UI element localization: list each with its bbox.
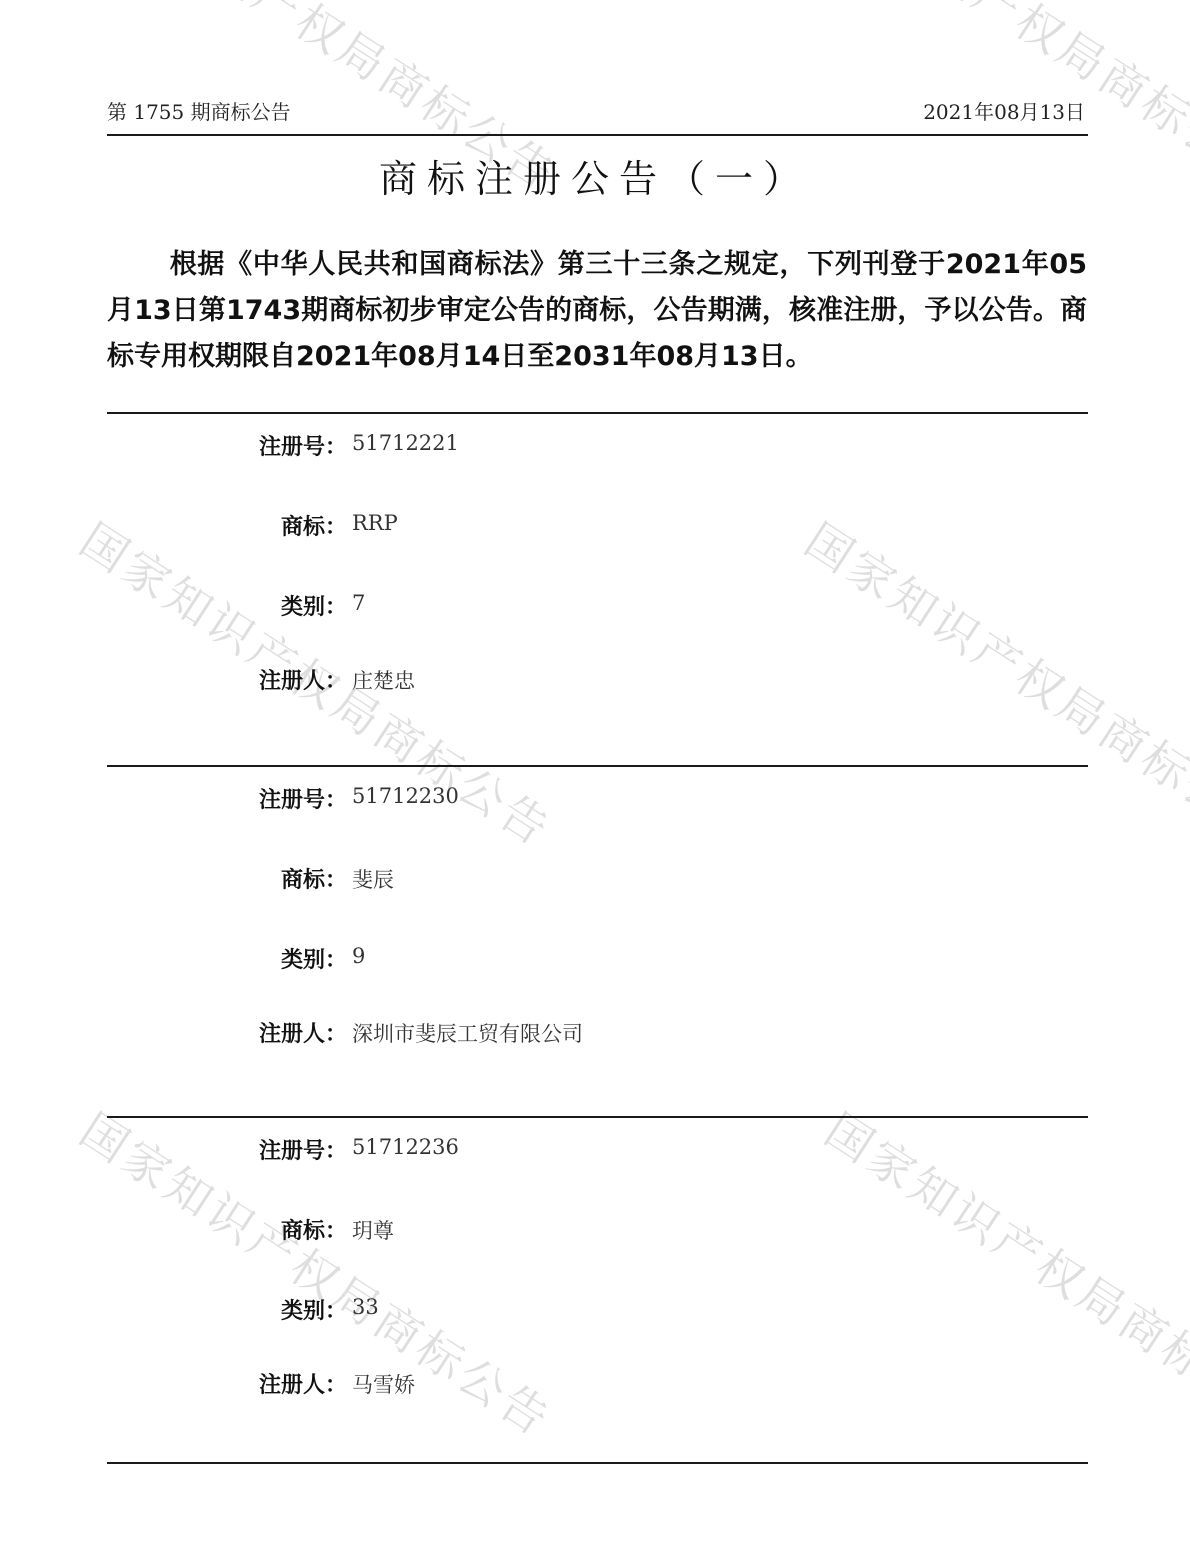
reg-no-label: 注册号： xyxy=(259,430,347,461)
mark-field: 商标： 斐辰 xyxy=(107,863,1007,895)
registrant-field: 注册人： 马雪娇 xyxy=(107,1368,1007,1400)
header-divider xyxy=(107,134,1088,136)
page-title: 商标注册公告（一） xyxy=(0,148,1190,203)
registrant-value: 马雪娇 xyxy=(352,1369,415,1399)
section-divider xyxy=(107,765,1088,767)
class-value: 33 xyxy=(352,1295,379,1319)
class-field: 类别： 33 xyxy=(107,1294,1007,1326)
mark-field: 商标： RRP xyxy=(107,510,1007,542)
reg-no-value: 51712230 xyxy=(352,784,459,808)
registrant-value: 深圳市斐辰工贸有限公司 xyxy=(352,1018,583,1048)
page-header: 第 1755 期商标公告 2021年08月13日 xyxy=(107,96,1085,126)
class-value: 7 xyxy=(352,591,365,615)
reg-no-label: 注册号： xyxy=(259,1134,347,1165)
registrant-label: 注册人： xyxy=(259,664,347,695)
registrant-field: 注册人： 庄楚忠 xyxy=(107,664,1007,696)
registrant-field: 注册人： 深圳市斐辰工贸有限公司 xyxy=(107,1017,1007,1049)
intro-text: 根据《中华人民共和国商标法》第三十三条之规定，下列刊登于2021年05月13日第… xyxy=(107,249,1087,372)
registrant-label: 注册人： xyxy=(259,1017,347,1048)
reg-no-field: 注册号： 51712236 xyxy=(107,1134,1007,1166)
registrant-value: 庄楚忠 xyxy=(352,665,415,695)
section-divider xyxy=(107,1116,1088,1118)
class-value: 9 xyxy=(352,944,365,968)
reg-no-field: 注册号： 51712230 xyxy=(107,783,1007,815)
mark-label: 商标： xyxy=(281,863,347,894)
class-field: 类别： 7 xyxy=(107,590,1007,622)
reg-no-value: 51712236 xyxy=(352,1135,459,1159)
mark-label: 商标： xyxy=(281,1214,347,1245)
class-label: 类别： xyxy=(281,1294,347,1325)
section-divider xyxy=(107,412,1088,414)
class-field: 类别： 9 xyxy=(107,943,1007,975)
intro-paragraph: 根据《中华人民共和国商标法》第三十三条之规定，下列刊登于2021年05月13日第… xyxy=(107,242,1087,380)
reg-no-field: 注册号： 51712221 xyxy=(107,430,1007,462)
class-label: 类别： xyxy=(281,943,347,974)
reg-no-value: 51712221 xyxy=(352,431,459,455)
class-label: 类别： xyxy=(281,590,347,621)
mark-value: 斐辰 xyxy=(352,864,394,894)
mark-value: RRP xyxy=(352,511,398,535)
registrant-label: 注册人： xyxy=(259,1368,347,1399)
mark-value: 玥尊 xyxy=(352,1215,394,1245)
issue-number: 第 1755 期商标公告 xyxy=(107,96,291,125)
mark-field: 商标： 玥尊 xyxy=(107,1214,1007,1246)
mark-label: 商标： xyxy=(281,510,347,541)
reg-no-label: 注册号： xyxy=(259,783,347,814)
section-divider xyxy=(107,1462,1088,1464)
issue-date: 2021年08月13日 xyxy=(923,96,1085,125)
